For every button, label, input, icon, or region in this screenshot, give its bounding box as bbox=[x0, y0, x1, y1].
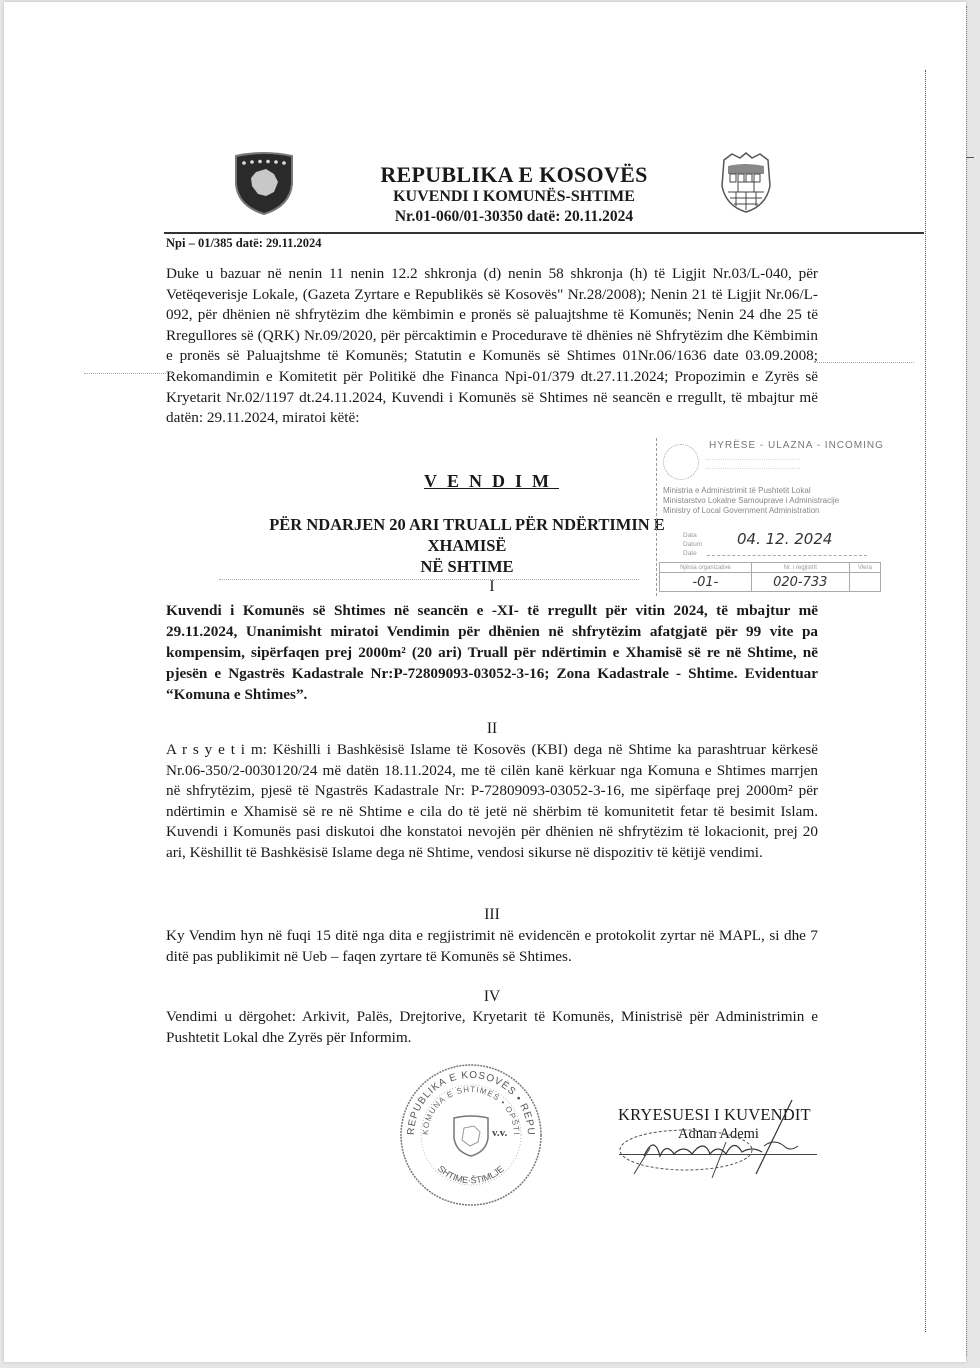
handwritten-signature-icon bbox=[614, 1098, 824, 1178]
stamp-ministry-line1: Ministria e Administrimit të Pushtetit L… bbox=[663, 486, 811, 495]
stamp-seal-icon bbox=[663, 444, 699, 480]
decision-subject-line1: PËR NDARJEN 20 ARI TRUALL PËR NDËRTIMIN … bbox=[234, 514, 700, 556]
stamp-col-register: Nr. i regjistrit bbox=[751, 563, 849, 573]
stamp-ministry-line3: Ministry of Local Government Administrat… bbox=[663, 506, 820, 515]
decision-title: VENDIM bbox=[424, 471, 559, 492]
scan-artifact bbox=[84, 373, 174, 374]
scan-artifact bbox=[814, 362, 914, 363]
document-page: REPUBLIKA E KOSOVËS KUVENDI I KOMUNËS-SH… bbox=[4, 2, 966, 1362]
npi-number: Npi – 01/385 datë: 29.11.2024 bbox=[166, 236, 322, 251]
section-paragraph: Kuvendi i Komunës së Shtimes në seancën … bbox=[166, 600, 818, 705]
decision-subject: PËR NDARJEN 20 ARI TRUALL PËR NDËRTIMIN … bbox=[234, 514, 700, 577]
country-title: REPUBLIKA E KOSOVËS bbox=[344, 162, 684, 188]
stamp-label-date: Data bbox=[683, 532, 697, 539]
header-rule bbox=[164, 232, 924, 234]
stamp-col-value: Vlera bbox=[849, 563, 880, 573]
official-seal-icon: REPUBLIKA E KOSOVËS • REPUBLIKA KOSOVA K… bbox=[396, 1060, 546, 1210]
stamp-label-datum: Datum bbox=[683, 541, 702, 548]
stamp-col-unit: Njësia organizative bbox=[660, 563, 752, 573]
scan-edge-line bbox=[966, 6, 967, 1356]
section-numeral: III bbox=[166, 906, 818, 924]
seal-bottom-text: SHTIME·ŠTIMLJE bbox=[436, 1164, 506, 1186]
stamp-small-text: ········································… bbox=[705, 465, 800, 472]
kosovo-coat-of-arms-icon bbox=[232, 150, 296, 216]
stamp-line bbox=[707, 555, 867, 556]
stamp-ministry-line2: Ministarstvo Lokalne Samouprave i Admini… bbox=[663, 496, 839, 505]
assembly-title: KUVENDI I KOMUNËS-SHTIME bbox=[344, 188, 684, 206]
preamble-paragraph: Duke u bazuar në nenin 11 nenin 12.2 shk… bbox=[166, 264, 818, 429]
stamp-date: 04. 12. 2024 bbox=[737, 530, 832, 548]
decision-subject-line2: NË SHTIME bbox=[234, 556, 700, 577]
section-numeral: I bbox=[166, 578, 818, 596]
seal-mark: v.v. bbox=[492, 1127, 508, 1139]
stamp-cell-value bbox=[849, 573, 880, 592]
shtime-municipality-emblem-icon bbox=[716, 150, 776, 214]
section-paragraph: Ky Vendim hyn në fuqi 15 ditë nga dita e… bbox=[166, 926, 818, 967]
svg-text:SHTIME·ŠTIMLJE: SHTIME·ŠTIMLJE bbox=[436, 1164, 506, 1186]
section-paragraph: Vendimi u dërgohet: Arkivit, Palës, Drej… bbox=[166, 1007, 818, 1048]
received-stamp: HYRËSE - ULAZNA - INCOMING ·············… bbox=[656, 438, 885, 596]
stamp-small-text: ········································… bbox=[705, 456, 800, 463]
section-numeral: II bbox=[166, 720, 818, 738]
section-numeral: IV bbox=[166, 988, 818, 1006]
reference-number: Nr.01-060/01-30350 datë: 20.11.2024 bbox=[344, 208, 684, 226]
scan-edge-tick bbox=[966, 157, 974, 158]
stamp-label-date-en: Date bbox=[683, 550, 697, 557]
section-paragraph: A r s y e t i m: Këshilli i Bashkësisë I… bbox=[166, 740, 818, 864]
stamp-title: HYRËSE - ULAZNA - INCOMING bbox=[709, 440, 884, 451]
scan-edge-line bbox=[925, 70, 926, 1332]
